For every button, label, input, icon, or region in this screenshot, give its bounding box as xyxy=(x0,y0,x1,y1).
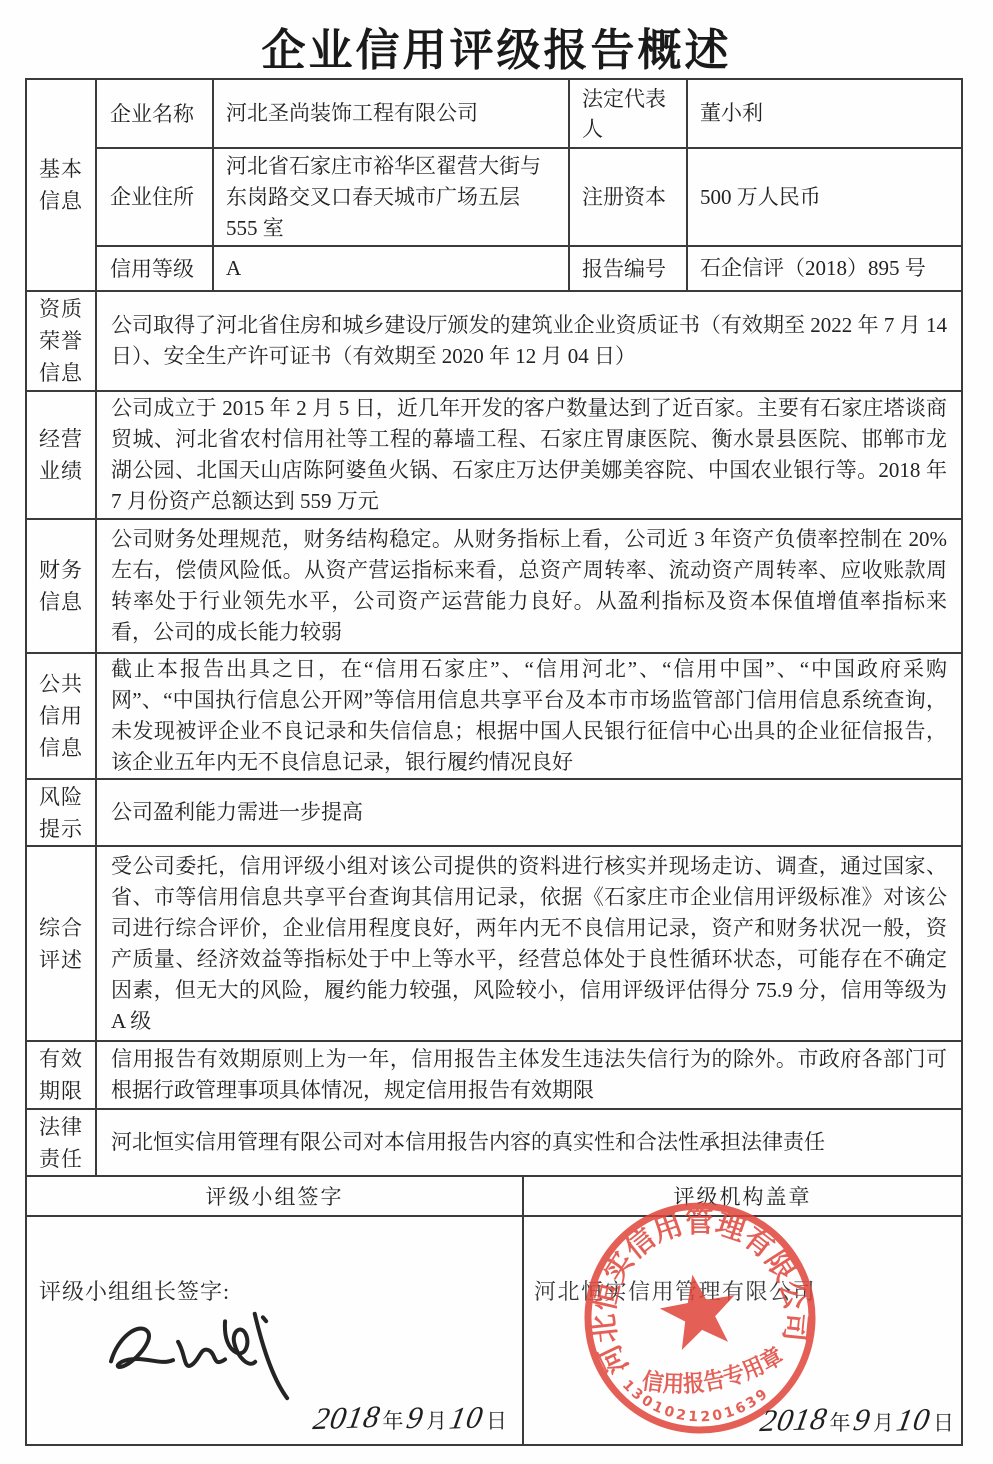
section-row-validity-period: 有效期限 信用报告有效期原则上为一年，信用报告主体发生违法失信行为的除外。市政府… xyxy=(27,1042,961,1110)
field-credit-grade-value: A xyxy=(214,247,570,290)
team-signature-date: 2018年9月10日 xyxy=(314,1400,511,1436)
field-credit-grade-label: 信用等级 xyxy=(97,247,214,290)
section-label-cell: 资质荣誉信息 xyxy=(27,292,97,390)
date-day-label: 日 xyxy=(933,1411,954,1435)
section-text: 公司取得了河北省住房和城乡建设厅颁发的建筑业企业资质证书（有效期至 2022 年… xyxy=(111,310,947,372)
section-label: 风险提示 xyxy=(38,781,84,845)
section-row-business-performance: 经营业绩 公司成立于 2015 年 2 月 5 日，近几年开发的客户数量达到了近… xyxy=(27,392,961,520)
basic-row-address: 企业住所 河北省石家庄市裕华区翟营大街与东岗路交叉口春天城市广场五层 555 室… xyxy=(97,149,961,247)
section-content-cell: 截止本报告出具之日，在“信用石家庄”、“信用河北”、“信用中国”、“中国政府采购… xyxy=(97,654,961,778)
date-month-value: 9 xyxy=(403,1400,426,1437)
report-title: 企业信用评级报告概述 xyxy=(0,14,993,78)
field-legal-rep-label: 法定代表人 xyxy=(570,80,688,147)
section-label: 法律责任 xyxy=(38,1111,84,1175)
section-label-cell: 法律责任 xyxy=(27,1110,97,1175)
section-text: 公司盈利能力需进一步提高 xyxy=(111,797,947,828)
section-content-cell: 公司取得了河北省住房和城乡建设厅颁发的建筑业企业资质证书（有效期至 2022 年… xyxy=(97,292,961,390)
section-label: 经营业绩 xyxy=(38,423,84,487)
date-month-label: 月 xyxy=(426,1409,447,1433)
section-row-financial-info: 财务信息 公司财务处理规范，财务结构稳定。从财务指标上看，公司近 3 年资产负债… xyxy=(27,520,961,654)
section-label: 公共信用信息 xyxy=(38,668,84,764)
basic-info-section-label-cell: 基本信息 xyxy=(27,80,97,290)
date-year-label: 年 xyxy=(383,1409,404,1433)
section-text: 公司财务处理规范，财务结构稳定。从财务指标上看，公司近 3 年资产负债率控制在 … xyxy=(111,524,947,648)
section-text: 河北恒实信用管理有限公司对本信用报告内容的真实性和合法性承担法律责任 xyxy=(111,1127,947,1158)
section-label: 资质荣誉信息 xyxy=(38,293,84,389)
field-company-name-label: 企业名称 xyxy=(97,80,214,147)
section-label-cell: 经营业绩 xyxy=(27,392,97,518)
section-label-cell: 风险提示 xyxy=(27,780,97,845)
section-label: 财务信息 xyxy=(38,554,84,618)
field-company-name-value: 河北圣尚装饰工程有限公司 xyxy=(214,80,570,147)
section-row-public-credit-info: 公共信用信息 截止本报告出具之日，在“信用石家庄”、“信用河北”、“信用中国”、… xyxy=(27,654,961,780)
field-address-value: 河北省石家庄市裕华区翟营大街与东岗路交叉口春天城市广场五层 555 室 xyxy=(214,149,570,245)
section-content-cell: 公司盈利能力需进一步提高 xyxy=(97,780,961,845)
basic-row-name: 企业名称 河北圣尚装饰工程有限公司 法定代表人 董小利 xyxy=(97,80,961,149)
section-label-cell: 公共信用信息 xyxy=(27,654,97,778)
section-row-risk-warning: 风险提示 公司盈利能力需进一步提高 xyxy=(27,780,961,847)
section-text: 受公司委托，信用评级小组对该公司提供的资料进行核实并现场走访、调查，通过国家、省… xyxy=(111,851,947,1037)
section-content-cell: 信用报告有效期原则上为一年，信用报告主体发生违法失信行为的除外。市政府各部门可根… xyxy=(97,1042,961,1108)
basic-info-grid: 企业名称 河北圣尚装饰工程有限公司 法定代表人 董小利 企业住所 河北省石家庄市… xyxy=(97,80,961,290)
section-label-cell: 财务信息 xyxy=(27,520,97,652)
section-label: 有效期限 xyxy=(38,1043,84,1107)
rating-team-signature-cell: 评级小组组长签字: 2018年9月10日 xyxy=(27,1217,524,1444)
section-label: 综合评述 xyxy=(38,912,84,976)
section-content-cell: 公司财务处理规范，财务结构稳定。从财务指标上看，公司近 3 年资产负债率控制在 … xyxy=(97,520,961,652)
rating-team-signature-header: 评级小组签字 xyxy=(27,1177,524,1215)
field-address-label: 企业住所 xyxy=(97,149,214,245)
section-content-cell: 河北恒实信用管理有限公司对本信用报告内容的真实性和合法性承担法律责任 xyxy=(97,1110,961,1175)
section-text: 信用报告有效期原则上为一年，信用报告主体发生违法失信行为的除外。市政府各部门可根… xyxy=(111,1044,947,1106)
section-content-cell: 公司成立于 2015 年 2 月 5 日，近几年开发的客户数量达到了近百家。主要… xyxy=(97,392,961,518)
section-content-cell: 受公司委托，信用评级小组对该公司提供的资料进行核实并现场走访、调查，通过国家、省… xyxy=(97,847,961,1040)
section-row-comprehensive-review: 综合评述 受公司委托，信用评级小组对该公司提供的资料进行核实并现场走访、调查，通… xyxy=(27,847,961,1042)
field-legal-rep-value: 董小利 xyxy=(688,80,961,147)
date-month-label: 月 xyxy=(873,1411,894,1435)
section-row-legal-liability: 法律责任 河北恒实信用管理有限公司对本信用报告内容的真实性和合法性承担法律责任 xyxy=(27,1110,961,1177)
basic-row-credit-grade: 信用等级 A 报告编号 石企信评（2018）895 号 xyxy=(97,247,961,290)
handwritten-signature xyxy=(86,1294,302,1425)
basic-info-section-label: 基本信息 xyxy=(38,153,84,217)
section-label-cell: 综合评述 xyxy=(27,847,97,1040)
date-year-value: 2018 xyxy=(310,1399,383,1437)
section-row-qualification-honor: 资质荣誉信息 公司取得了河北省住房和城乡建设厅颁发的建筑业企业资质证书（有效期至… xyxy=(27,292,961,392)
section-text: 公司成立于 2015 年 2 月 5 日，近几年开发的客户数量达到了近百家。主要… xyxy=(111,393,947,517)
field-report-number-value: 石企信评（2018）895 号 xyxy=(688,247,961,290)
seal-star-icon xyxy=(655,1268,742,1352)
field-report-number-label: 报告编号 xyxy=(570,247,688,290)
date-day-value: 10 xyxy=(894,1401,934,1438)
section-label-cell: 有效期限 xyxy=(27,1042,97,1108)
agency-seal-date: 2018年9月10日 xyxy=(761,1402,958,1438)
document-page: 企业信用评级报告概述 基本信息 企业名称 河北圣尚装饰工程有限公司 法定代表人 … xyxy=(0,0,993,1464)
date-year-label: 年 xyxy=(830,1411,851,1435)
field-registered-capital-label: 注册资本 xyxy=(570,149,688,245)
date-month-value: 9 xyxy=(850,1402,873,1439)
section-text: 截止本报告出具之日，在“信用石家庄”、“信用河北”、“信用中国”、“中国政府采购… xyxy=(111,654,947,778)
date-year-value: 2018 xyxy=(757,1401,830,1439)
date-day-label: 日 xyxy=(486,1409,507,1433)
row-basic-info: 基本信息 企业名称 河北圣尚装饰工程有限公司 法定代表人 董小利 企业住所 河北… xyxy=(27,80,961,292)
date-day-value: 10 xyxy=(447,1399,487,1436)
field-registered-capital-value: 500 万人民币 xyxy=(688,149,961,245)
